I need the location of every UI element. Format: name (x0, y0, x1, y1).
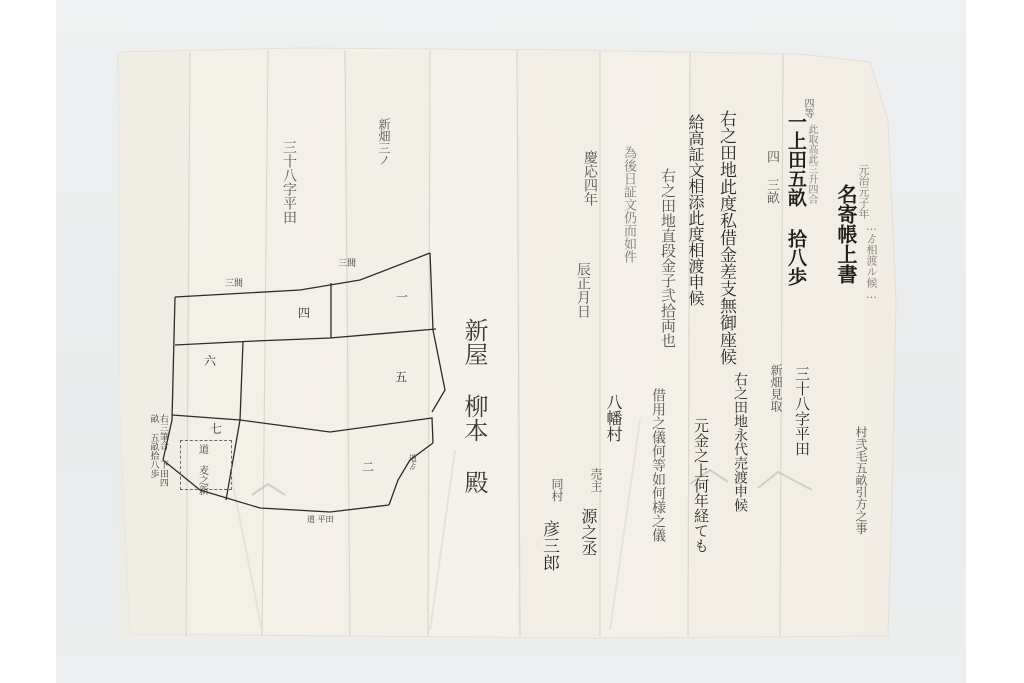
field-name: 三十八字平田 (794, 366, 809, 456)
body-text-line: 元金之上何年経ても (693, 418, 708, 553)
field-name-sub: 新畑見取 (770, 364, 782, 412)
land-entry-sub: 四 三畝 (765, 150, 778, 204)
land-entry-line: 一上田五畝 拾八歩 (786, 112, 805, 286)
map-box-note: 道 麦之新 (196, 444, 207, 495)
body-text-line: 右之田地永代売渡申候 (733, 372, 747, 512)
signatory-name: 源之丞 (580, 508, 596, 556)
map-edge-label: 三間 (338, 256, 356, 269)
body-text-line: 右之田地直段金子弐拾両也 (660, 168, 675, 348)
map-bottom-note: 道 平田 (307, 514, 334, 525)
signatory-village: 八幡村 (605, 394, 621, 442)
map-plot-label: 四 (298, 304, 310, 321)
map-top-note: 新畑三ノ (378, 118, 390, 166)
body-text-line: 借用之儀何等如何様之儀 (651, 388, 665, 542)
map-plot-label: 二 (362, 458, 374, 475)
body-text-line: 右之田地此度私借金差支無御座候 (717, 110, 734, 365)
document-paper: 三十八字平田 新畑三ノ 三間 三間 四 一 六 五 七 二 右三筆合 下田四畝 … (0, 0, 1024, 683)
map-plot-label: 六 (204, 352, 216, 369)
body-text-line: 給高証文相添此度相渡申候 (687, 114, 703, 306)
body-text-line: 為後日証文仍而如件 (622, 146, 635, 263)
map-edge-label: 三間 (225, 276, 243, 289)
lower-note: 村弐毛五畝引方之事 (855, 426, 867, 534)
signatory-village: 同村 (551, 478, 563, 502)
paper-sheet-graphic (0, 0, 1024, 683)
map-plot-label: 七 (210, 420, 222, 437)
signatory-role: 売主 (590, 468, 602, 492)
date-era: 慶応四年 (583, 150, 597, 206)
map-left-note: 右三筆合 下田四畝 五畝拾八歩 (148, 414, 167, 494)
map-heading: 三十八字平田 (282, 140, 296, 224)
map-plot-label: 五 (395, 368, 407, 385)
map-plot-label: 一 (396, 288, 408, 305)
header-note: 元治元子年 (858, 164, 869, 219)
marginal-note: …ゟ相渡ル候… (866, 220, 877, 301)
document-title: 名寄帳上書 (836, 184, 856, 284)
land-entry-note: 此取高此三升四合 (806, 124, 816, 204)
date-month: 辰正月日 (576, 262, 590, 318)
addressee: 新屋 柳本 殿 (462, 318, 486, 494)
signatory-name: 彦三郎 (540, 520, 557, 571)
map-right-edge-note: 道ゟ (408, 454, 416, 470)
